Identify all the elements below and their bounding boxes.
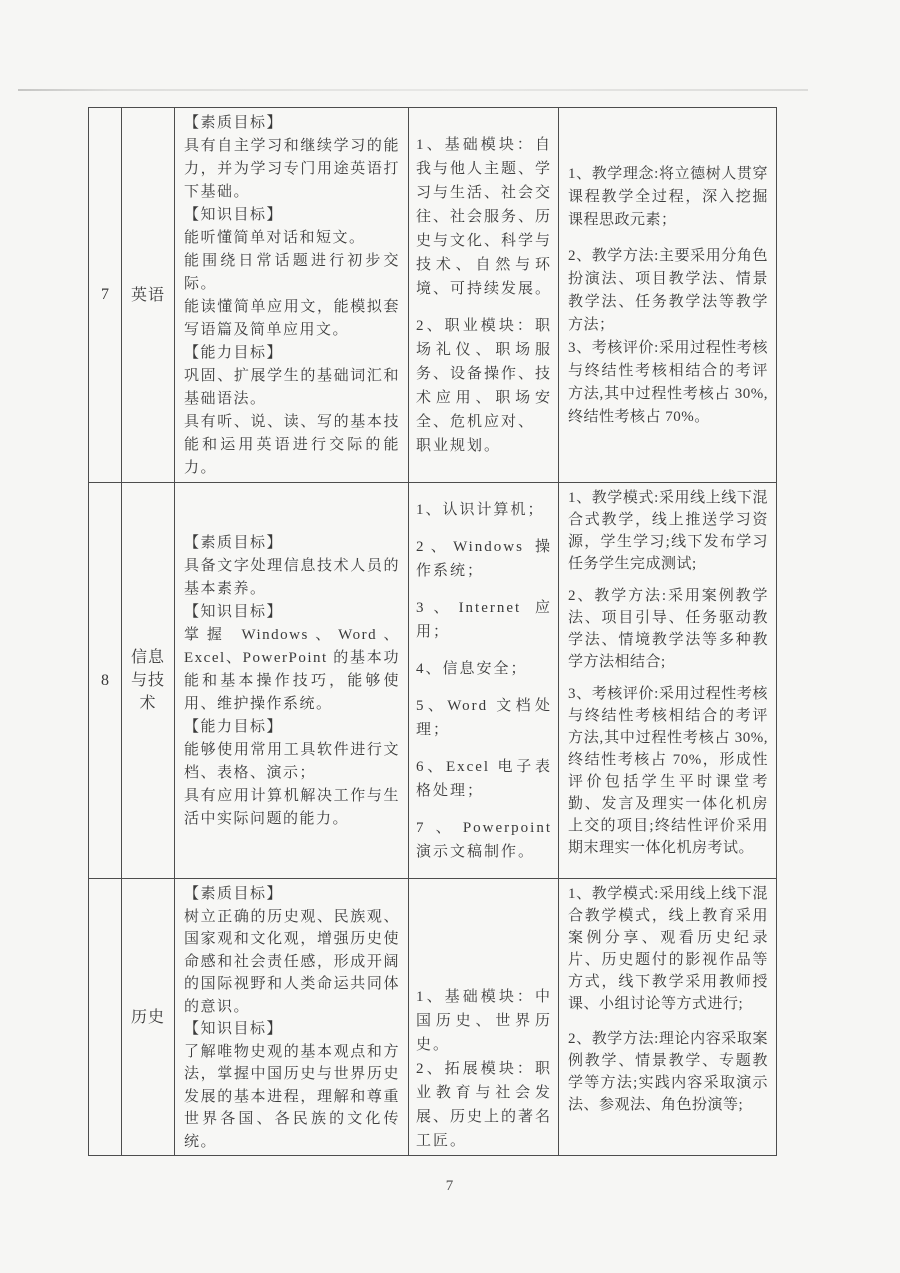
paragraph [416, 681, 552, 694]
paragraph [568, 1015, 768, 1028]
cell-row-number: 7 [89, 108, 122, 482]
paragraph: 2、Windows 操作系统； [416, 535, 552, 583]
paragraph: 具有自主学习和继续学习的能力，并为学习专门用途英语打下基础。 [184, 135, 400, 204]
paragraph: 2、职业模块：职场礼仪、职场服务、设备操作、技术应用、职场安全、危机应对、 [416, 314, 552, 434]
paragraph: 【知识目标】 [184, 601, 400, 624]
cell-modules: 1、基础模块：中国历史、世界历史。2、拓展模块：职业教育与社会发展、历史上的著名… [409, 879, 559, 1155]
paragraph: 【能力目标】 [184, 342, 400, 365]
paragraph: 【知识目标】 [184, 1018, 400, 1041]
subject-label: 英语 [131, 284, 165, 307]
paragraph: 能读懂简单应用文，能模拟套写语篇及简单应用文。 [184, 296, 400, 342]
paragraph [568, 673, 768, 683]
paragraph: 1、认识计算机； [416, 498, 552, 522]
cell-goals: 【素质目标】树立正确的历史观、民族观、国家观和文化观，增强历史使命感和社会责任感… [175, 879, 409, 1155]
paragraph: 具有应用计算机解决工作与生活中实际问题的能力。 [184, 785, 400, 831]
cell-subject: 英语 [122, 108, 175, 482]
cell-methods: 1、教学模式:采用线上线下混合教学模式，线上教育采用案例分享、观看历史纪录片、历… [559, 879, 776, 1155]
paragraph: 能听懂简单对话和短文。 [184, 227, 400, 250]
row-number: 8 [101, 672, 109, 690]
course-table: 7 英语 【素质目标】具有自主学习和继续学习的能力，并为学习专门用途英语打下基础… [88, 107, 777, 1156]
paragraph: 【素质目标】 [184, 532, 400, 555]
paragraph [568, 575, 768, 585]
cell-goals: 【素质目标】具备文字处理信息技术人员的基本素养。【知识目标】掌握 Windows… [175, 483, 409, 878]
cell-modules: 1、认识计算机；2、Windows 操作系统；3、Internet 应用；4、信… [409, 483, 559, 878]
paragraph: 1、教学模式:采用线上线下混合教学模式，线上教育采用案例分享、观看历史纪录片、历… [568, 883, 768, 1015]
cell-methods: 1、教学模式:采用线上线下混合式教学，线上推送学习资源，学生学习;线下发布学习任… [559, 483, 776, 878]
table-row-history: 历史 【素质目标】树立正确的历史观、民族观、国家观和文化观，增强历史使命感和社会… [89, 879, 776, 1155]
paragraph [416, 644, 552, 657]
table-row-it: 8 信息与技术 【素质目标】具备文字处理信息技术人员的基本素养。【知识目标】掌握… [89, 483, 776, 879]
paragraph: 树立正确的历史观、民族观、国家观和文化观，增强历史使命感和社会责任感，形成开阔的… [184, 906, 400, 1019]
paragraph: 能围绕日常话题进行初步交际。 [184, 250, 400, 296]
paragraph: 6、Excel 电子表格处理； [416, 755, 552, 803]
paragraph [416, 301, 552, 314]
cell-subject: 历史 [122, 879, 175, 1155]
paragraph: 【知识目标】 [184, 204, 400, 227]
row-number: 7 [101, 286, 109, 304]
paragraph: 1、教学理念:将立德树人贯穿课程教学全过程，深入挖掘课程思政元素； [568, 163, 768, 232]
paragraph: 能够使用常用工具软件进行文档、表格、演示； [184, 739, 400, 785]
paragraph: 职业规划。 [416, 434, 552, 458]
document-page: 7 英语 【素质目标】具有自主学习和继续学习的能力，并为学习专门用途英语打下基础… [0, 0, 900, 1273]
cell-methods: 1、教学理念:将立德树人贯穿课程教学全过程，深入挖掘课程思政元素；2、教学方法:… [559, 108, 776, 482]
paragraph: 3、考核评价:采用过程性考核与终结性考核相结合的考评方法,其中过程性考核占 30… [568, 337, 768, 429]
cell-row-number: 8 [89, 483, 122, 878]
paragraph [416, 742, 552, 755]
page-number: 7 [0, 1178, 900, 1195]
paragraph: 3、Internet 应用； [416, 596, 552, 644]
subject-label: 历史 [131, 1006, 165, 1029]
paragraph [416, 522, 552, 535]
paragraph: 3、考核评价:采用过程性考核与终结性考核相结合的考评方法,其中过程性考核占 30… [568, 683, 768, 859]
paragraph: 【素质目标】 [184, 883, 400, 906]
paragraph: 具有听、说、读、写的基本技能和运用英语进行交际的能力。 [184, 411, 400, 480]
scan-artifact-line [18, 89, 808, 91]
cell-subject: 信息与技术 [122, 483, 175, 878]
paragraph: 1、基础模块：中国历史、世界历史。 [416, 985, 552, 1057]
paragraph: 1、教学模式:采用线上线下混合式教学，线上推送学习资源，学生学习;线下发布学习任… [568, 487, 768, 575]
paragraph: 2、拓展模块：职业教育与社会发展、历史上的著名工匠。 [416, 1057, 552, 1153]
paragraph: 【素质目标】 [184, 112, 400, 135]
paragraph: 【能力目标】 [184, 716, 400, 739]
paragraph [416, 803, 552, 816]
paragraph: 了解唯物史观的基本观点和方法，掌握中国历史与世界历史发展的基本进程，理解和尊重世… [184, 1041, 400, 1154]
paragraph [416, 583, 552, 596]
cell-goals: 【素质目标】具有自主学习和继续学习的能力，并为学习专门用途英语打下基础。【知识目… [175, 108, 409, 482]
table-row-english: 7 英语 【素质目标】具有自主学习和继续学习的能力，并为学习专门用途英语打下基础… [89, 108, 776, 483]
paragraph: 1、基础模块：自我与他人主题、学习与生活、社会交往、社会服务、历史与文化、科学与… [416, 133, 552, 301]
paragraph: 2、教学方法:主要采用分角色扮演法、项目教学法、情景教学法、任务教学法等教学方法… [568, 245, 768, 337]
paragraph: 4、信息安全； [416, 657, 552, 681]
paragraph: 具备文字处理信息技术人员的基本素养。 [184, 555, 400, 601]
paragraph: 5、Word 文档处理； [416, 694, 552, 742]
paragraph: 掌握 Windows、Word、Excel、PowerPoint 的基本功能和基… [184, 624, 400, 716]
paragraph: 巩固、扩展学生的基础词汇和基础语法。 [184, 365, 400, 411]
paragraph: 2、教学方法:采用案例教学法、项目引导、任务驱动教学法、情境教学法等多种教学方法… [568, 585, 768, 673]
paragraph: 2、教学方法:理论内容采取案例教学、情景教学、专题教学等方法;实践内容采取演示法… [568, 1028, 768, 1116]
subject-label: 信息与技术 [131, 646, 165, 715]
cell-modules: 1、基础模块：自我与他人主题、学习与生活、社会交往、社会服务、历史与文化、科学与… [409, 108, 559, 482]
cell-row-number [89, 879, 122, 1155]
paragraph: 7、Powerpoint 演示文稿制作。 [416, 816, 552, 864]
paragraph [568, 232, 768, 245]
